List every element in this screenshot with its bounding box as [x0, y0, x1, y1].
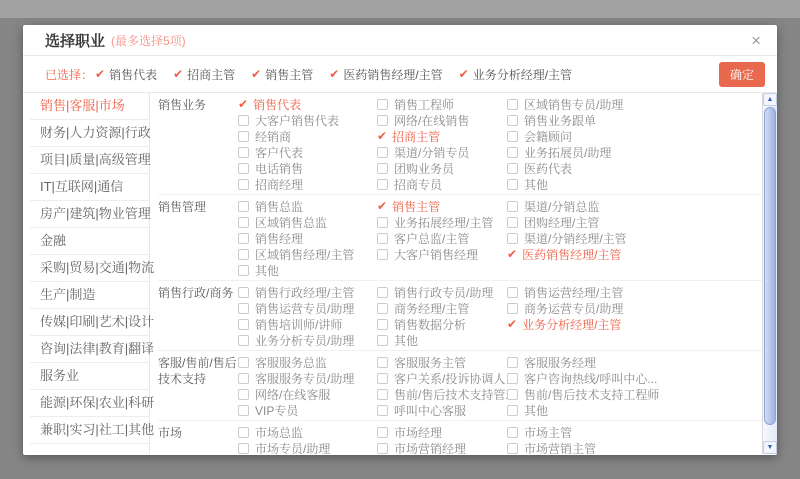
checkbox-box[interactable] — [238, 443, 249, 454]
checkbox-box[interactable] — [507, 147, 518, 158]
sidebar-item[interactable]: 项目|质量|高级管理 — [30, 147, 149, 174]
checkbox-box[interactable] — [377, 217, 388, 228]
job-checkbox-label: 其他 — [524, 402, 548, 419]
job-checkbox-label: 市场营销主管 — [524, 440, 596, 455]
job-checkbox-item[interactable]: 销售运营经理/主管 — [507, 284, 762, 300]
selected-job-tag[interactable]: ✔销售主管 — [251, 66, 313, 83]
job-select-dialog: 选择职业 (最多选择5项) × 已选择： ✔销售代表✔招商主管✔销售主管✔医药销… — [23, 25, 777, 455]
checkbox-box[interactable] — [377, 389, 388, 400]
checkbox-box[interactable] — [377, 233, 388, 244]
job-checkbox-item[interactable]: 其他 — [238, 262, 377, 278]
scrollbar-thumb[interactable] — [764, 107, 776, 425]
job-checkbox-label: 客服服务经理 — [524, 354, 596, 371]
job-checkbox-label: 招商主管 — [392, 128, 440, 145]
job-checkbox-item[interactable]: 销售行政经理/主管 — [238, 284, 377, 300]
job-checkbox-label: 大客户销售经理 — [394, 246, 478, 263]
category-sidebar: 销售|客服|市场财务|人力资源|行政项目|质量|高级管理IT|互联网|通信房产|… — [23, 93, 150, 454]
checkbox-box[interactable] — [507, 303, 518, 314]
selected-job-tag[interactable]: ✔招商主管 — [173, 66, 235, 83]
dialog-title-hint: (最多选择5项) — [111, 32, 186, 49]
section-columns: 销售行政经理/主管销售运营专员/助理销售培训师/讲师业务分析专员/助理销售行政专… — [238, 284, 762, 348]
job-checkbox-label: VIP专员 — [255, 402, 298, 419]
section-column: 市场主管市场营销主管 — [507, 424, 762, 454]
job-checkbox-item[interactable]: 客服服务经理 — [507, 354, 762, 370]
sidebar-item[interactable]: 金融 — [30, 228, 149, 255]
checkbox-box[interactable] — [507, 217, 518, 228]
job-checkbox-item[interactable]: 大客户销售代表 — [238, 112, 377, 128]
job-checkbox-label: 市场主管 — [524, 424, 572, 441]
section-columns: 客服服务总监客服服务专员/助理网络/在线客服VIP专员客服服务主管客户关系/投诉… — [238, 354, 762, 418]
job-checkbox-label: 客户总监/主管 — [394, 230, 469, 247]
job-checkbox-item[interactable]: 售前/售后技术支持工程师 — [507, 386, 762, 402]
job-checkbox-label: 会籍顾问 — [524, 128, 572, 145]
checkbox-box[interactable] — [238, 427, 249, 438]
job-checkbox-label: 客户咨询热线/呼叫中心... — [524, 370, 657, 387]
checkbox-box[interactable] — [507, 99, 518, 110]
job-checkbox-item[interactable]: 市场主管 — [507, 424, 762, 440]
job-section: 销售行政/商务销售行政经理/主管销售运营专员/助理销售培训师/讲师业务分析专员/… — [158, 280, 762, 350]
section-label: 销售业务 — [158, 96, 238, 192]
confirm-button[interactable]: 确定 — [719, 62, 765, 87]
checkbox-box[interactable] — [507, 357, 518, 368]
job-checkbox-label: 销售运营专员/助理 — [255, 300, 354, 317]
job-checkbox-item[interactable]: 渠道/分销专员 — [377, 144, 507, 160]
checkbox-box[interactable] — [377, 405, 388, 416]
job-section: 客服/售前/售后技术支持客服服务总监客服服务专员/助理网络/在线客服VIP专员客… — [158, 350, 762, 420]
checkbox-box[interactable] — [507, 389, 518, 400]
section-column: ✔销售主管业务拓展经理/主管客户总监/主管大客户销售经理 — [377, 198, 507, 278]
checkbox-box[interactable] — [238, 389, 249, 400]
selected-job-tag-label: 业务分析经理/主管 — [473, 66, 572, 83]
job-checkbox-item[interactable]: 经销商 — [238, 128, 377, 144]
checkbox-box[interactable] — [507, 115, 518, 126]
job-checkbox-label: 团购经理/主管 — [524, 214, 599, 231]
check-icon: ✔ — [251, 67, 261, 81]
section-columns: 销售总监区域销售总监销售经理区域销售经理/主管其他✔销售主管业务拓展经理/主管客… — [238, 198, 762, 278]
job-checkbox-label: 商务经理/主管 — [394, 300, 469, 317]
job-checkbox-item[interactable]: 客服服务主管 — [377, 354, 507, 370]
section-column: 市场经理市场营销经理 — [377, 424, 507, 454]
job-checkbox-item[interactable]: 客户总监/主管 — [377, 230, 507, 246]
selected-job-tag[interactable]: ✔医药销售经理/主管 — [329, 66, 442, 83]
section-column: 客服服务总监客服服务专员/助理网络/在线客服VIP专员 — [238, 354, 377, 418]
job-checkbox-label: 销售培训师/讲师 — [255, 316, 342, 333]
checkbox-box[interactable] — [238, 163, 249, 174]
job-checkbox-item[interactable]: 销售培训师/讲师 — [238, 316, 377, 332]
checkbox-box[interactable] — [377, 179, 388, 190]
selected-job-tag-label: 销售主管 — [265, 66, 313, 83]
job-checkbox-label: 商务运营专员/助理 — [524, 300, 623, 317]
checkbox-box[interactable] — [377, 163, 388, 174]
job-checkbox-item[interactable]: ✔销售主管 — [377, 198, 507, 214]
sidebar-item[interactable]: 生产|制造 — [30, 282, 149, 309]
checkbox-box[interactable] — [238, 249, 249, 260]
job-checkbox-item[interactable]: ✔业务分析经理/主管 — [507, 316, 762, 332]
checked-icon: ✔ — [377, 129, 387, 143]
job-checkbox-label: 渠道/分销专员 — [394, 144, 469, 161]
job-checkbox-item[interactable]: VIP专员 — [238, 402, 377, 418]
job-checkbox-item[interactable]: ✔医药销售经理/主管 — [507, 246, 762, 262]
scrollbar-down-arrow-icon[interactable]: ▼ — [763, 441, 777, 454]
job-checkbox-item[interactable]: 销售数据分析 — [377, 316, 507, 332]
job-checkbox-label: 区域销售专员/助理 — [524, 96, 623, 113]
job-checkbox-item[interactable]: 其他 — [507, 402, 762, 418]
job-checkbox-item[interactable]: 区域销售总监 — [238, 214, 377, 230]
job-checkbox-label: 市场专员/助理 — [255, 440, 330, 455]
job-checkbox-label: 医药代表 — [524, 160, 572, 177]
checkbox-box[interactable] — [507, 201, 518, 212]
checked-icon: ✔ — [507, 317, 517, 331]
job-checkbox-label: 业务拓展员/助理 — [524, 144, 611, 161]
job-checkbox-label: 区域销售经理/主管 — [255, 246, 354, 263]
job-checkbox-item[interactable]: 客服服务总监 — [238, 354, 377, 370]
job-checkbox-label: 市场总监 — [255, 424, 303, 441]
checked-icon: ✔ — [377, 199, 387, 213]
check-icon: ✔ — [329, 67, 339, 81]
job-checkbox-label: 其他 — [255, 262, 279, 279]
checkbox-box[interactable] — [377, 303, 388, 314]
section-columns: ✔销售代表大客户销售代表经销商客户代表电话销售招商经理销售工程师网络/在线销售✔… — [238, 96, 762, 192]
section-column: 销售运营经理/主管商务运营专员/助理✔业务分析经理/主管 — [507, 284, 762, 348]
close-icon[interactable]: × — [751, 32, 761, 49]
job-checkbox-item[interactable]: 渠道/分销总监 — [507, 198, 762, 214]
job-checkbox-item[interactable]: 销售运营专员/助理 — [238, 300, 377, 316]
sidebar-item[interactable]: 咨询|法律|教育|翻译 — [30, 336, 149, 363]
job-checkbox-item[interactable]: 业务拓展经理/主管 — [377, 214, 507, 230]
selected-label: 已选择： — [45, 66, 93, 83]
section-column: 销售行政专员/助理商务经理/主管销售数据分析其他 — [377, 284, 507, 348]
job-checkbox-item[interactable]: 客户代表 — [238, 144, 377, 160]
job-checkbox-item[interactable]: 业务分析专员/助理 — [238, 332, 377, 348]
checkbox-box[interactable] — [238, 287, 249, 298]
sidebar-item[interactable]: 财务|人力资源|行政 — [30, 120, 149, 147]
job-checkbox-item[interactable]: 其他 — [377, 332, 507, 348]
content-scrollbar[interactable]: ▲ ▼ — [762, 93, 777, 454]
job-checkbox-label: 客服服务主管 — [394, 354, 466, 371]
checkbox-box[interactable] — [507, 179, 518, 190]
sidebar-item[interactable]: 房产|建筑|物业管理 — [30, 201, 149, 228]
dialog-header: 选择职业 (最多选择5项) × — [23, 25, 777, 56]
job-checkbox-item[interactable]: 市场总监 — [238, 424, 377, 440]
checkbox-box[interactable] — [507, 163, 518, 174]
sidebar-item[interactable]: 销售|客服|市场 — [30, 93, 149, 120]
section-label: 销售管理 — [158, 198, 238, 278]
job-checkbox-item[interactable]: 网络/在线客服 — [238, 386, 377, 402]
job-checkbox-item[interactable]: 市场经理 — [377, 424, 507, 440]
section-column: 客服服务主管客户关系/投诉协调人员售前/售后技术支持管理呼叫中心客服 — [377, 354, 507, 418]
selected-job-tag-label: 招商主管 — [187, 66, 235, 83]
sidebar-item[interactable]: IT|互联网|通信 — [30, 174, 149, 201]
selected-job-tag[interactable]: ✔销售代表 — [95, 66, 157, 83]
job-checkbox-label: 销售主管 — [392, 198, 440, 215]
job-checkbox-item[interactable]: 团购经理/主管 — [507, 214, 762, 230]
checkbox-box[interactable] — [377, 287, 388, 298]
section-column: 渠道/分销总监团购经理/主管渠道/分销经理/主管✔医药销售经理/主管 — [507, 198, 762, 278]
job-checkbox-label: 其他 — [524, 176, 548, 193]
job-checkbox-label: 销售行政专员/助理 — [394, 284, 493, 301]
job-checkbox-label: 招商专员 — [394, 176, 442, 193]
job-section: 市场市场总监市场专员/助理市场经理市场营销经理市场主管市场营销主管 — [158, 420, 762, 454]
job-checkbox-label: 客户代表 — [255, 144, 303, 161]
job-checkbox-label: 网络/在线销售 — [394, 112, 469, 129]
sidebar-item[interactable]: 传媒|印刷|艺术|设计 — [30, 309, 149, 336]
selected-tags: ✔销售代表✔招商主管✔销售主管✔医药销售经理/主管✔业务分析经理/主管 — [95, 66, 719, 83]
job-checkbox-item[interactable]: 渠道/分销经理/主管 — [507, 230, 762, 246]
job-checkbox-label: 招商经理 — [255, 176, 303, 193]
checkbox-box[interactable] — [377, 319, 388, 330]
job-checkbox-item[interactable]: 大客户销售经理 — [377, 246, 507, 262]
sidebar-item[interactable]: 采购|贸易|交通|物流 — [30, 255, 149, 282]
job-checkbox-item[interactable]: 销售工程师 — [377, 96, 507, 112]
job-checkbox-item[interactable]: 售前/售后技术支持管理 — [377, 386, 507, 402]
checkbox-box[interactable] — [377, 357, 388, 368]
checkbox-box[interactable] — [238, 357, 249, 368]
job-checkbox-item[interactable]: 电话销售 — [238, 160, 377, 176]
checkbox-box[interactable] — [238, 115, 249, 126]
checkbox-box[interactable] — [238, 179, 249, 190]
job-checkbox-item[interactable]: 市场专员/助理 — [238, 440, 377, 454]
job-checkbox-label: 销售工程师 — [394, 96, 454, 113]
section-columns: 市场总监市场专员/助理市场经理市场营销经理市场主管市场营销主管 — [238, 424, 762, 454]
job-checkbox-label: 客服服务总监 — [255, 354, 327, 371]
job-checkbox-label: 销售总监 — [255, 198, 303, 215]
job-checkbox-label: 渠道/分销经理/主管 — [524, 230, 627, 247]
check-icon: ✔ — [95, 67, 105, 81]
section-column: 销售总监区域销售总监销售经理区域销售经理/主管其他 — [238, 198, 377, 278]
job-checkbox-label: 呼叫中心客服 — [394, 402, 466, 419]
job-checkbox-item[interactable]: ✔销售代表 — [238, 96, 377, 112]
checkbox-box[interactable] — [238, 233, 249, 244]
checkbox-box[interactable] — [238, 373, 249, 384]
job-checkbox-item[interactable]: 市场营销经理 — [377, 440, 507, 454]
job-checkbox-label: 业务拓展经理/主管 — [394, 214, 493, 231]
checked-icon: ✔ — [507, 247, 517, 261]
job-checkbox-label: 客服服务专员/助理 — [255, 370, 354, 387]
checkbox-box[interactable] — [507, 427, 518, 438]
job-checkbox-item[interactable]: 销售总监 — [238, 198, 377, 214]
checkbox-box[interactable] — [238, 201, 249, 212]
job-checkbox-label: 团购业务员 — [394, 160, 454, 177]
job-checkbox-area: 销售业务✔销售代表大客户销售代表经销商客户代表电话销售招商经理销售工程师网络/在… — [150, 93, 762, 454]
checkbox-box[interactable] — [377, 249, 388, 260]
checkbox-box[interactable] — [238, 405, 249, 416]
checkbox-box[interactable] — [238, 335, 249, 346]
checkbox-box[interactable] — [377, 443, 388, 454]
job-checkbox-item[interactable]: ✔招商主管 — [377, 128, 507, 144]
section-column: 市场总监市场专员/助理 — [238, 424, 377, 454]
scrollbar-up-arrow-icon[interactable]: ▲ — [763, 93, 777, 106]
job-checkbox-label: 电话销售 — [255, 160, 303, 177]
checkbox-box[interactable] — [238, 319, 249, 330]
job-checkbox-label: 网络/在线客服 — [255, 386, 330, 403]
job-checkbox-label: 销售行政经理/主管 — [255, 284, 354, 301]
check-icon: ✔ — [173, 67, 183, 81]
job-checkbox-label: 医药销售经理/主管 — [522, 246, 621, 263]
section-column: 区域销售专员/助理销售业务跟单会籍顾问业务拓展员/助理医药代表其他 — [507, 96, 762, 192]
job-checkbox-label: 销售经理 — [255, 230, 303, 247]
job-checkbox-item[interactable]: 区域销售经理/主管 — [238, 246, 377, 262]
checkbox-box[interactable] — [377, 99, 388, 110]
job-checkbox-label: 市场营销经理 — [394, 440, 466, 455]
job-checkbox-label: 区域销售总监 — [255, 214, 327, 231]
job-section: 销售管理销售总监区域销售总监销售经理区域销售经理/主管其他✔销售主管业务拓展经理… — [158, 194, 762, 280]
job-checkbox-label: 渠道/分销总监 — [524, 198, 599, 215]
background-top-strip — [0, 0, 800, 18]
selected-bar: 已选择： ✔销售代表✔招商主管✔销售主管✔医药销售经理/主管✔业务分析经理/主管… — [23, 56, 777, 93]
job-checkbox-label: 经销商 — [255, 128, 291, 145]
job-checkbox-label: 业务分析专员/助理 — [255, 332, 354, 349]
section-label: 销售行政/商务 — [158, 284, 238, 348]
job-checkbox-item[interactable]: 团购业务员 — [377, 160, 507, 176]
job-checkbox-label: 其他 — [394, 332, 418, 349]
section-column: 客服服务经理客户咨询热线/呼叫中心...售前/售后技术支持工程师其他 — [507, 354, 762, 418]
section-label: 客服/售前/售后技术支持 — [158, 354, 238, 418]
checkbox-box[interactable] — [238, 217, 249, 228]
job-checkbox-item[interactable]: 商务运营专员/助理 — [507, 300, 762, 316]
checkbox-box[interactable] — [238, 303, 249, 314]
checkbox-box[interactable] — [507, 233, 518, 244]
job-checkbox-item[interactable]: 销售业务跟单 — [507, 112, 762, 128]
job-checkbox-label: 业务分析经理/主管 — [522, 316, 621, 333]
job-checkbox-item[interactable]: 网络/在线销售 — [377, 112, 507, 128]
checkbox-box[interactable] — [377, 373, 388, 384]
job-checkbox-item[interactable]: 客服服务专员/助理 — [238, 370, 377, 386]
checkbox-box[interactable] — [238, 131, 249, 142]
selected-job-tag[interactable]: ✔业务分析经理/主管 — [459, 66, 572, 83]
job-checkbox-item[interactable]: 呼叫中心客服 — [377, 402, 507, 418]
job-checkbox-item[interactable]: 业务拓展员/助理 — [507, 144, 762, 160]
section-column: 销售工程师网络/在线销售✔招商主管渠道/分销专员团购业务员招商专员 — [377, 96, 507, 192]
job-section: 销售业务✔销售代表大客户销售代表经销商客户代表电话销售招商经理销售工程师网络/在… — [158, 93, 762, 194]
section-label: 市场 — [158, 424, 238, 454]
job-checkbox-item[interactable]: 其他 — [507, 176, 762, 192]
job-checkbox-item[interactable]: 销售行政专员/助理 — [377, 284, 507, 300]
job-checkbox-item[interactable]: 招商经理 — [238, 176, 377, 192]
checked-icon: ✔ — [238, 97, 248, 111]
job-checkbox-label: 销售数据分析 — [394, 316, 466, 333]
job-checkbox-item[interactable]: 区域销售专员/助理 — [507, 96, 762, 112]
checkbox-box[interactable] — [238, 265, 249, 276]
checkbox-box[interactable] — [377, 147, 388, 158]
section-column: ✔销售代表大客户销售代表经销商客户代表电话销售招商经理 — [238, 96, 377, 192]
dialog-title: 选择职业 — [45, 30, 105, 51]
checkbox-box[interactable] — [377, 115, 388, 126]
job-checkbox-item[interactable]: 医药代表 — [507, 160, 762, 176]
job-checkbox-label: 大客户销售代表 — [255, 112, 339, 129]
job-checkbox-label: 销售代表 — [253, 96, 301, 113]
job-checkbox-item[interactable]: 会籍顾问 — [507, 128, 762, 144]
job-checkbox-label: 客户关系/投诉协调人员 — [394, 370, 517, 387]
check-icon: ✔ — [459, 67, 469, 81]
sidebar-item[interactable]: 能源|环保|农业|科研 — [30, 390, 149, 417]
job-checkbox-item[interactable]: 市场营销主管 — [507, 440, 762, 454]
sidebar-item[interactable]: 服务业 — [30, 363, 149, 390]
checkbox-box[interactable] — [507, 131, 518, 142]
selected-job-tag-label: 医药销售经理/主管 — [343, 66, 442, 83]
checkbox-box[interactable] — [377, 427, 388, 438]
selected-job-tag-label: 销售代表 — [109, 66, 157, 83]
job-checkbox-item[interactable]: 客户关系/投诉协调人员 — [377, 370, 507, 386]
checkbox-box[interactable] — [507, 287, 518, 298]
job-checkbox-item[interactable]: 销售经理 — [238, 230, 377, 246]
job-checkbox-label: 销售运营经理/主管 — [524, 284, 623, 301]
dialog-body: 销售|客服|市场财务|人力资源|行政项目|质量|高级管理IT|互联网|通信房产|… — [23, 93, 777, 454]
job-checkbox-label: 售前/售后技术支持工程师 — [524, 386, 659, 403]
checkbox-box[interactable] — [507, 405, 518, 416]
job-checkbox-item[interactable]: 客户咨询热线/呼叫中心... — [507, 370, 762, 386]
checkbox-box[interactable] — [507, 373, 518, 384]
checkbox-box[interactable] — [238, 147, 249, 158]
job-checkbox-label: 售前/售后技术支持管理 — [394, 386, 517, 403]
sidebar-item[interactable]: 兼职|实习|社工|其他 — [30, 417, 149, 444]
checkbox-box[interactable] — [507, 443, 518, 454]
job-checkbox-label: 销售业务跟单 — [524, 112, 596, 129]
checkbox-box[interactable] — [377, 335, 388, 346]
job-checkbox-label: 市场经理 — [394, 424, 442, 441]
section-column: 销售行政经理/主管销售运营专员/助理销售培训师/讲师业务分析专员/助理 — [238, 284, 377, 348]
job-checkbox-item[interactable]: 招商专员 — [377, 176, 507, 192]
job-checkbox-item[interactable]: 商务经理/主管 — [377, 300, 507, 316]
